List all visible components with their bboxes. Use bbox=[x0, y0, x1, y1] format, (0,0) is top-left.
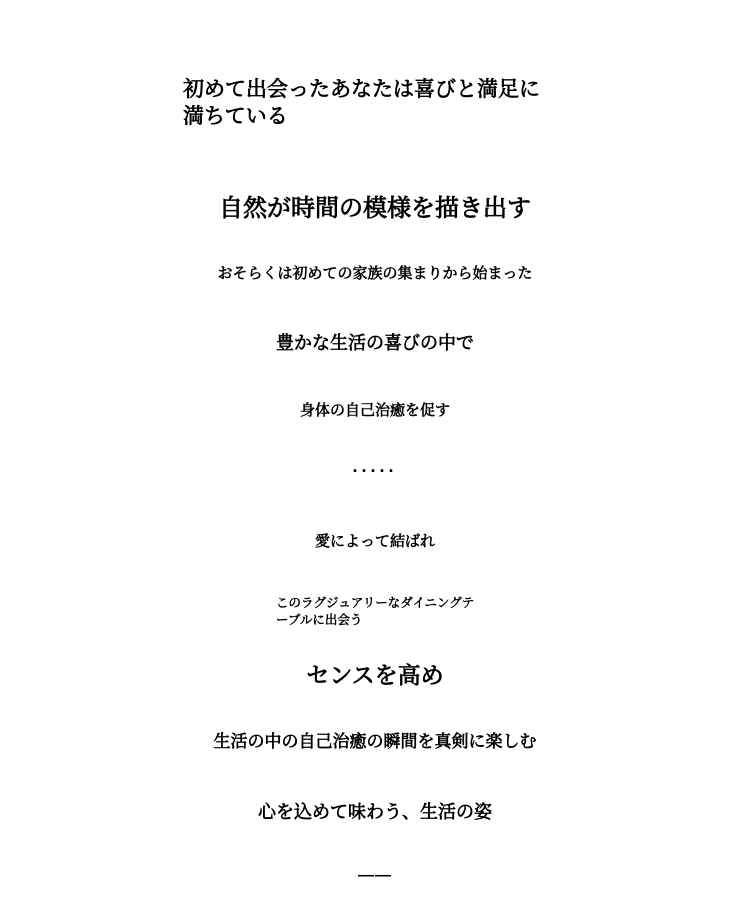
intro-text-block: 初めて出会ったあなたは喜びと満足に 満ちている bbox=[183, 76, 540, 130]
dots-separator: ..... bbox=[0, 456, 750, 476]
luxury-table-text-block: このラグジュアリーなダイニングテ ーブルに出会う bbox=[276, 595, 474, 629]
sense-text: センスを高め bbox=[0, 663, 750, 688]
intro-line-1: 初めて出会ったあなたは喜びと満足に bbox=[183, 76, 540, 103]
rich-life-text: 豊かな生活の喜びの中で bbox=[0, 333, 750, 353]
self-healing-text: 身体の自己治癒を促す bbox=[0, 402, 750, 420]
product-description-page: 初めて出会ったあなたは喜びと満足に 満ちている 自然が時間の模様を描き出す おそ… bbox=[0, 0, 750, 909]
headline-text: 自然が時間の模様を描き出す bbox=[0, 196, 750, 222]
taste-life-text: 心を込めて味わう、生活の姿 bbox=[0, 802, 750, 822]
origin-text: おそらくは初めての家族の集まりから始まった bbox=[0, 265, 750, 283]
luxury-table-line-1: このラグジュアリーなダイニングテ bbox=[276, 595, 474, 612]
luxury-table-line-2: ーブルに出会う bbox=[276, 612, 474, 629]
love-text: 愛によって結ばれ bbox=[0, 533, 750, 551]
intro-line-2: 満ちている bbox=[183, 103, 540, 130]
dash-separator: —— bbox=[0, 867, 750, 885]
enjoy-moments-text: 生活の中の自己治癒の瞬間を真剣に楽しむ bbox=[0, 732, 750, 752]
